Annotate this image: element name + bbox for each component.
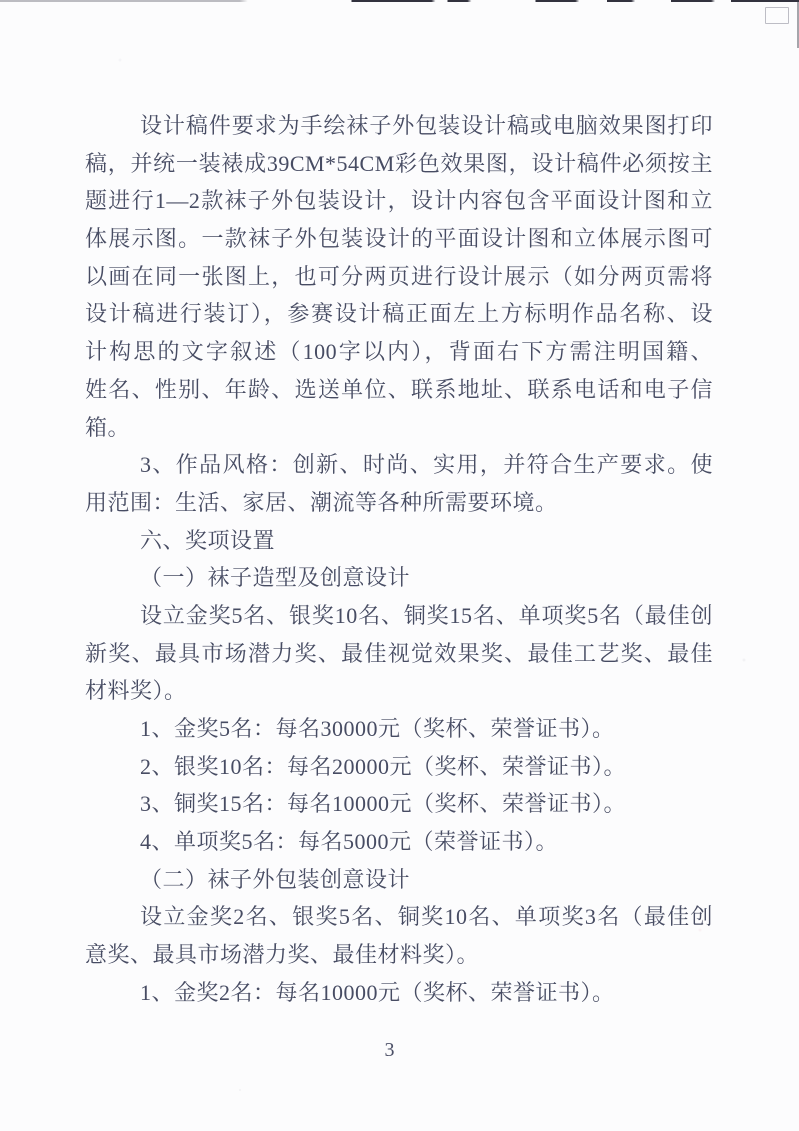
scan-artifact-corner-mark [765,7,789,24]
scan-artifact-top-edge [0,0,799,2]
doc-line: 意奖、最具市场潜力奖、最佳材料奖）。 [85,936,713,974]
doc-line: 1、金奖5名：每名30000元（奖杯、荣誉证书）。 [85,710,713,748]
doc-line: 姓名、性别、年龄、选送单位、联系地址、联系电话和电子信 [85,371,713,409]
page-number: 3 [0,1039,779,1061]
doc-line: 稿，并统一装裱成39CM*54CM彩色效果图，设计稿件必须按主 [85,145,713,183]
doc-line: （一）袜子造型及创意设计 [85,559,713,597]
doc-line: 体展示图。一款袜子外包装设计的平面设计图和立体展示图可 [85,220,713,258]
doc-line: 六、奖项设置 [85,522,713,560]
scanned-document-page: 设计稿件要求为手绘袜子外包装设计稿或电脑效果图打印稿，并统一装裱成39CM*54… [0,0,799,1131]
doc-line: 题进行1—2款袜子外包装设计，设计内容包含平面设计图和立 [85,182,713,220]
doc-line: 计构思的文字叙述（100字以内），背面右下方需注明国籍、 [85,333,713,371]
doc-line: 3、铜奖15名：每名10000元（奖杯、荣誉证书）。 [85,785,713,823]
doc-line: 1、金奖2名：每名10000元（奖杯、荣誉证书）。 [85,974,713,1012]
doc-line: 设立金奖2名、银奖5名、铜奖10名、单项奖3名（最佳创 [85,898,713,936]
doc-line: 材料奖）。 [85,672,713,710]
doc-line: 新奖、最具市场潜力奖、最佳视觉效果奖、最佳工艺奖、最佳 [85,635,713,673]
doc-line: 3、作品风格：创新、时尚、实用，并符合生产要求。使 [85,446,713,484]
doc-line: 设立金奖5名、银奖10名、铜奖15名、单项奖5名（最佳创 [85,597,713,635]
doc-line: 4、单项奖5名：每名5000元（荣誉证书）。 [85,823,713,861]
doc-line: 箱。 [85,409,713,447]
doc-line: 设计稿进行装订），参赛设计稿正面左上方标明作品名称、设 [85,295,713,333]
document-body: 设计稿件要求为手绘袜子外包装设计稿或电脑效果图打印稿，并统一装裱成39CM*54… [85,107,713,1012]
doc-line: 用范围：生活、家居、潮流等各种所需要环境。 [85,484,713,522]
doc-line: （二）袜子外包装创意设计 [85,861,713,899]
doc-line: 设计稿件要求为手绘袜子外包装设计稿或电脑效果图打印 [85,107,713,145]
doc-line: 以画在同一张图上，也可分两页进行设计展示（如分两页需将 [85,258,713,296]
doc-line: 2、银奖10名：每名20000元（奖杯、荣誉证书）。 [85,748,713,786]
